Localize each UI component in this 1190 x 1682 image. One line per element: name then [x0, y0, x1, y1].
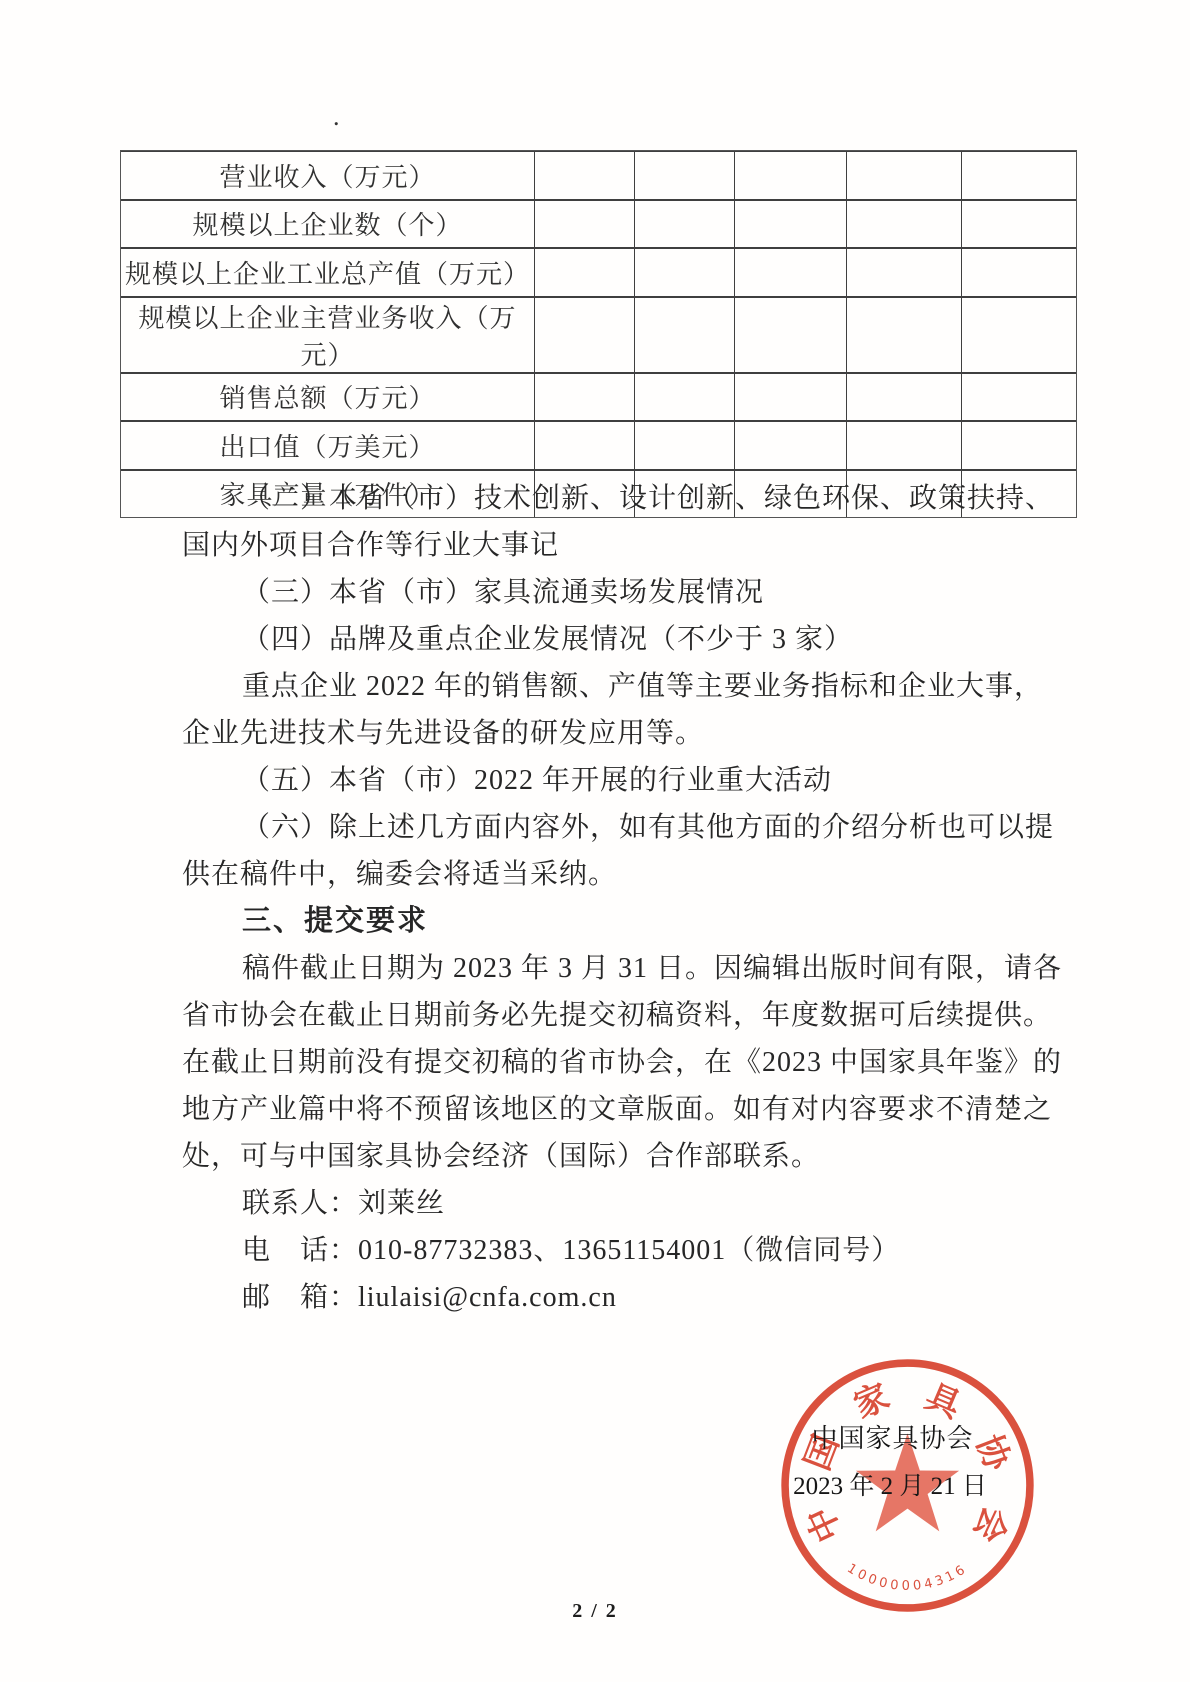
empty-data-cell	[735, 151, 847, 200]
empty-data-cell	[962, 151, 1077, 200]
body-line: 国内外项目合作等行业大事记	[182, 522, 1082, 569]
table-row: 规模以上企业工业总产值（万元）	[121, 248, 1077, 297]
signature-date: 2023 年 2 月 21 日	[770, 1466, 1010, 1502]
document-page: . 营业收入（万元）规模以上企业数（个）规模以上企业工业总产值（万元）规模以上企…	[0, 0, 1190, 1682]
statistics-table-body: 营业收入（万元）规模以上企业数（个）规模以上企业工业总产值（万元）规模以上企业主…	[121, 151, 1077, 518]
seal-ring-char: 会	[966, 1501, 1015, 1548]
empty-data-cell	[847, 373, 962, 422]
body-line: 地方产业篇中将不预留该地区的文章版面。如有对内容要求不清楚之	[182, 1086, 1082, 1133]
row-label: 规模以上企业工业总产值（万元）	[121, 248, 535, 297]
table-row: 规模以上企业数（个）	[121, 200, 1077, 249]
body-line: 稿件截止日期为 2023 年 3 月 31 日。因编辑出版时间有限，请各	[182, 945, 1082, 992]
empty-data-cell	[847, 297, 962, 373]
empty-data-cell	[735, 373, 847, 422]
empty-data-cell	[962, 421, 1077, 470]
body-line: 邮 箱：liulaisi@cnfa.com.cn	[182, 1274, 1082, 1321]
row-label: 规模以上企业数（个）	[121, 200, 535, 249]
empty-data-cell	[962, 373, 1077, 422]
empty-data-cell	[535, 421, 635, 470]
table-row: 销售总额（万元）	[121, 373, 1077, 422]
empty-data-cell	[962, 248, 1077, 297]
body-line: 在截止日期前没有提交初稿的省市协会，在《2023 中国家具年鉴》的	[182, 1039, 1082, 1086]
empty-data-cell	[735, 297, 847, 373]
empty-data-cell	[847, 151, 962, 200]
table-row: 出口值（万美元）	[121, 421, 1077, 470]
body-line: （三）本省（市）家具流通卖场发展情况	[182, 569, 1082, 616]
body-line: 处，可与中国家具协会经济（国际）合作部联系。	[182, 1133, 1082, 1180]
row-label: 规模以上企业主营业务收入（万元）	[121, 297, 535, 373]
row-label: 营业收入（万元）	[121, 151, 535, 200]
empty-data-cell	[847, 248, 962, 297]
seal-ring-char: 中	[800, 1501, 849, 1548]
body-line: 供在稿件中，编委会将适当采纳。	[182, 851, 1082, 898]
empty-data-cell	[635, 297, 735, 373]
body-line: （六）除上述几方面内容外，如有其他方面的介绍分析也可以提	[182, 804, 1082, 851]
empty-data-cell	[635, 373, 735, 422]
empty-data-cell	[635, 421, 735, 470]
empty-data-cell	[635, 248, 735, 297]
empty-data-cell	[735, 200, 847, 249]
empty-data-cell	[735, 248, 847, 297]
row-label: 销售总额（万元）	[121, 373, 535, 422]
body-line: （四）品牌及重点企业发展情况（不少于 3 家）	[182, 616, 1082, 663]
body-line: 电 话：010-87732383、13651154001（微信同号）	[182, 1227, 1082, 1274]
body-line: 省市协会在截止日期前务必先提交初稿资料，年度数据可后续提供。	[182, 992, 1082, 1039]
empty-data-cell	[535, 200, 635, 249]
section-heading: 三、提交要求	[182, 898, 1082, 945]
body-line: （五）本省（市）2022 年开展的行业重大活动	[182, 757, 1082, 804]
table-row: 规模以上企业主营业务收入（万元）	[121, 297, 1077, 373]
empty-data-cell	[535, 297, 635, 373]
empty-data-cell	[635, 200, 735, 249]
empty-data-cell	[735, 421, 847, 470]
stray-scan-mark: .	[333, 102, 340, 132]
empty-data-cell	[535, 248, 635, 297]
empty-data-cell	[535, 151, 635, 200]
empty-data-cell	[535, 373, 635, 422]
body-line: （二）本省（市）技术创新、设计创新、绿色环保、政策扶持、	[182, 475, 1082, 522]
body-line: 企业先进技术与先进设备的研发应用等。	[182, 710, 1082, 757]
empty-data-cell	[635, 151, 735, 200]
signature-organization: 中国家具协会	[775, 1418, 1010, 1455]
empty-data-cell	[847, 200, 962, 249]
body-text: （二）本省（市）技术创新、设计创新、绿色环保、政策扶持、国内外项目合作等行业大事…	[182, 475, 1082, 1321]
table-row: 营业收入（万元）	[121, 151, 1077, 200]
statistics-table: 营业收入（万元）规模以上企业数（个）规模以上企业工业总产值（万元）规模以上企业主…	[120, 150, 1077, 518]
empty-data-cell	[962, 200, 1077, 249]
body-line: 联系人：刘莱丝	[182, 1180, 1082, 1227]
empty-data-cell	[962, 297, 1077, 373]
row-label: 出口值（万美元）	[121, 421, 535, 470]
empty-data-cell	[847, 421, 962, 470]
body-line: 重点企业 2022 年的销售额、产值等主要业务指标和企业大事，	[182, 663, 1082, 710]
